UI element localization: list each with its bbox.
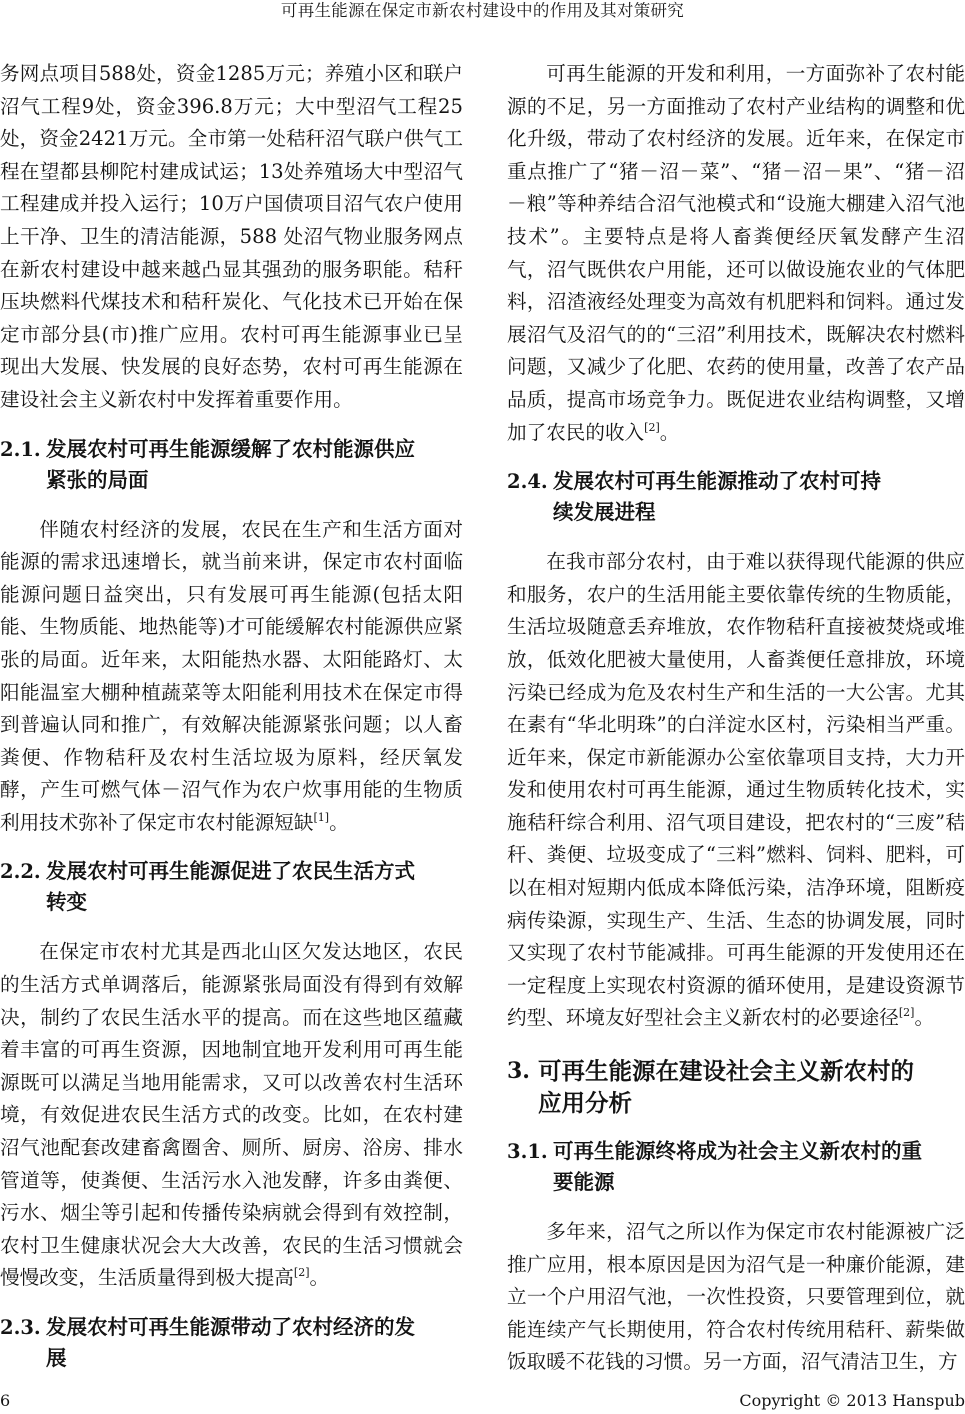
section-number: 2.1. (0, 434, 46, 496)
copyright-notice: Copyright © 2013 Hanspub (739, 1392, 965, 1410)
section-number: 2.3. (0, 1312, 46, 1374)
section-2-3-heading: 2.3. 发展农村可再生能源带动了农村经济的发展 (0, 1312, 463, 1374)
section-number: 2.4. (507, 466, 553, 528)
section-title: 发展农村可再生能源推动了农村可持续发展进程 (553, 466, 965, 528)
section-3-heading: 3. 可再生能源在建设社会主义新农村的应用分析 (507, 1055, 965, 1119)
section-2-4-paragraph: 在我市部分农村，由于难以获得现代能源的供应和服务，农户的生活用能主要依靠传统的生… (507, 546, 965, 1035)
running-header-title: 可再生能源在保定市新农村建设中的作用及其对策研究 (0, 0, 965, 24)
section-3-1-heading: 3.1. 可再生能源终将成为社会主义新农村的重要能源 (507, 1136, 965, 1198)
section-2-2-paragraph: 在保定市农村尤其是西北山区欠发达地区，农民的生活方式单调落后，能源紧张局面没有得… (0, 936, 463, 1295)
page-number: 6 (0, 1392, 10, 1410)
section-2-3-paragraph: 可再生能源的开发和利用，一方面弥补了农村能源的不足，另一方面推动了农村产业结构的… (507, 58, 965, 449)
section-number: 3.1. (507, 1136, 553, 1198)
citation-ref[interactable]: [2] (644, 421, 660, 434)
section-number: 2.2. (0, 856, 46, 918)
section-title: 发展农村可再生能源促进了农民生活方式转变 (46, 856, 463, 918)
citation-ref[interactable]: [2] (899, 1006, 915, 1019)
section-title: 发展农村可再生能源带动了农村经济的发展 (46, 1312, 463, 1374)
section-title: 可再生能源在建设社会主义新农村的应用分析 (538, 1055, 965, 1119)
section-title: 可再生能源终将成为社会主义新农村的重要能源 (553, 1136, 965, 1198)
section-number: 3. (507, 1055, 538, 1119)
section-2-1-paragraph: 伴随农村经济的发展，农民在生产和生活方面对能源的需求迅速增长，就当前来讲，保定市… (0, 514, 463, 840)
right-column: 可再生能源的开发和利用，一方面弥补了农村能源的不足，另一方面推动了农村产业结构的… (507, 58, 965, 1379)
left-column: 务网点项目588处，资金1285万元；养殖小区和联户沼气工程9处，资金396.8… (0, 58, 463, 1374)
section-title: 发展农村可再生能源缓解了农村能源供应紧张的局面 (46, 434, 463, 496)
section-2-4-heading: 2.4. 发展农村可再生能源推动了农村可持续发展进程 (507, 466, 965, 528)
section-2-1-heading: 2.1. 发展农村可再生能源缓解了农村能源供应紧张的局面 (0, 434, 463, 496)
citation-ref[interactable]: [1] (314, 811, 330, 824)
citation-ref[interactable]: [2] (294, 1266, 310, 1279)
intro-paragraph: 务网点项目588处，资金1285万元；养殖小区和联户沼气工程9处，资金396.8… (0, 58, 463, 417)
section-2-2-heading: 2.2. 发展农村可再生能源促进了农民生活方式转变 (0, 856, 463, 918)
section-3-1-paragraph: 多年来，沼气之所以作为保定市农村能源被广泛推广应用，根本原因是因为沼气是一种廉价… (507, 1216, 965, 1379)
